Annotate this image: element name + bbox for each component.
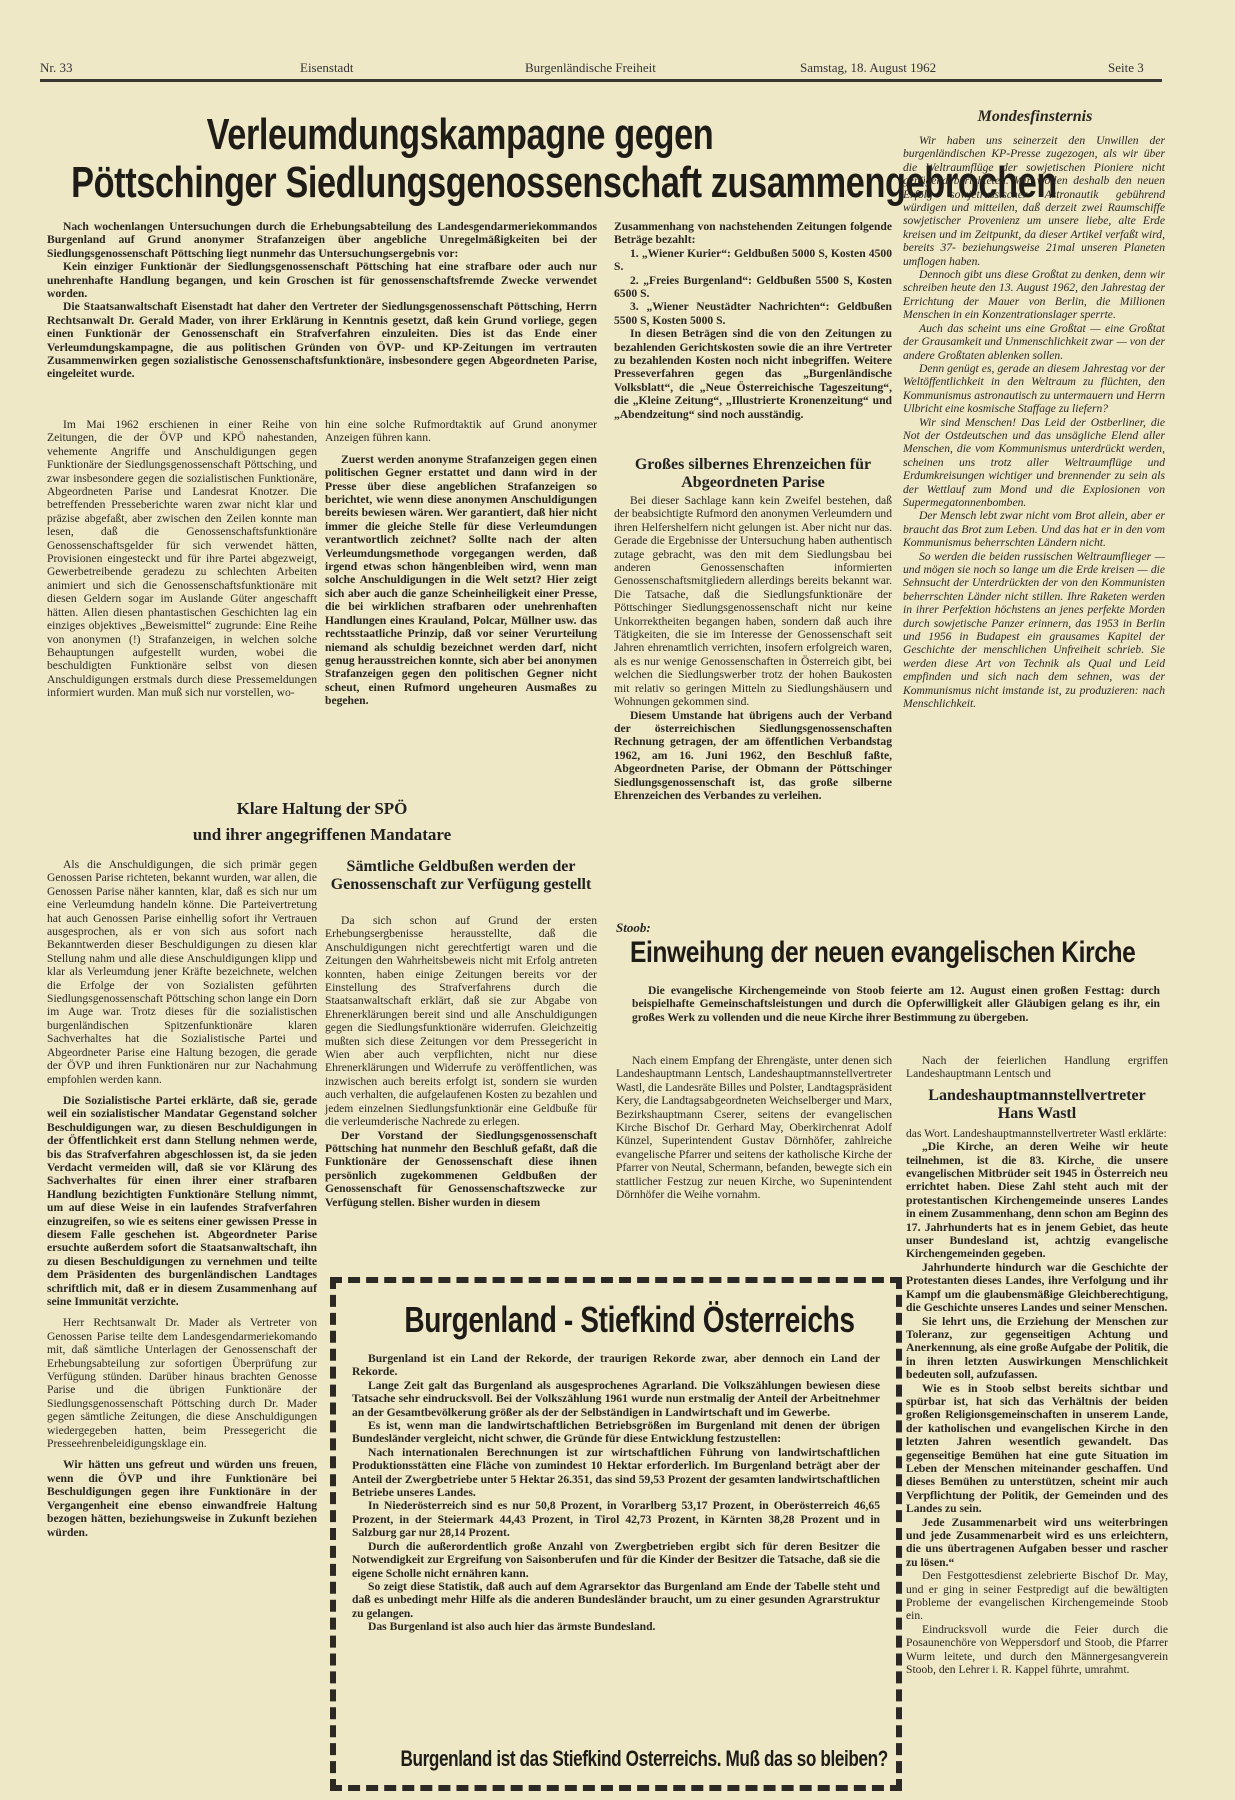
payments-list: Zusammenhang von nachstehenden Zeitungen… xyxy=(614,220,892,421)
main-headline-line1: Verleumdungskampagne gegen xyxy=(132,112,787,158)
masthead-rule xyxy=(40,79,1162,82)
main-col1: Im Mai 1962 erschienen in einer Reihe vo… xyxy=(47,418,317,700)
sidebar-body: Wir haben uns seinerzeit den Unwillen de… xyxy=(903,134,1165,710)
masthead-paper-name: Burgenländische Freiheit xyxy=(525,60,656,76)
stoob-col1: Nach einem Empfang der Ehrengäste, unter… xyxy=(616,1054,892,1201)
stoob-lead: Die evangelische Kirchengemeinde von Sto… xyxy=(632,984,1160,1024)
wastl-subhead: Landeshauptmannstellvertreter Hans Wastl xyxy=(906,1087,1168,1123)
page-number: Seite 3 xyxy=(1108,60,1144,76)
main-col2: hin eine solche Rufmordtaktik auf Grund … xyxy=(325,418,597,708)
stiefkind-closing-line: Burgenland ist das Stiefkind Osterreichs… xyxy=(401,1746,830,1772)
klare-haltung-body: Als die Anschuldigungen, die sich primär… xyxy=(47,858,317,1539)
main-lead: Nach wochenlangen Untersuchungen durch d… xyxy=(47,220,597,381)
masthead-date: Samstag, 18. August 1962 xyxy=(800,60,936,76)
issue-number: Nr. 33 xyxy=(40,60,73,76)
klare-haltung-heading: Klare Haltung der SPÖ und ihrer angegrif… xyxy=(47,796,597,848)
main-headline-line2: Pöttschinger Siedlungsgenossenschaft zus… xyxy=(71,160,859,206)
stoob-headline: Einweihung der neuen evangelischen Kirch… xyxy=(630,936,1122,970)
masthead-place: Eisenstadt xyxy=(300,60,353,76)
ehrenzeichen-heading: Großes silbernes Ehrenzeichen für Abgeor… xyxy=(614,456,892,492)
stoob-kicker: Stoob: xyxy=(616,920,651,936)
stoob-col2: Nach der feierlichen Handlung ergriffen … xyxy=(906,1054,1168,1676)
stiefkind-body: Burgenland ist ein Land der Rekorde, der… xyxy=(352,1352,880,1634)
ehrenzeichen-body: Bei dieser Sachlage kann kein Zweifel be… xyxy=(614,494,892,802)
geldbussen-body: Da sich schon auf Grund der ersten Erheb… xyxy=(325,914,597,1209)
wastl-quote: „Die Kirche, an deren Weihe wir heute te… xyxy=(906,1140,1168,1569)
newspaper-page: Nr. 33 Eisenstadt Burgenländische Freihe… xyxy=(0,0,1235,1800)
masthead: Nr. 33 Eisenstadt Burgenländische Freihe… xyxy=(40,58,1162,78)
sidebar-title: Mondesfinsternis xyxy=(908,108,1162,126)
stiefkind-headline: Burgenland - Stiefkind Österreichs xyxy=(404,1300,825,1340)
geldbussen-heading: Sämtliche Geldbußen werden der Genossens… xyxy=(325,858,597,894)
